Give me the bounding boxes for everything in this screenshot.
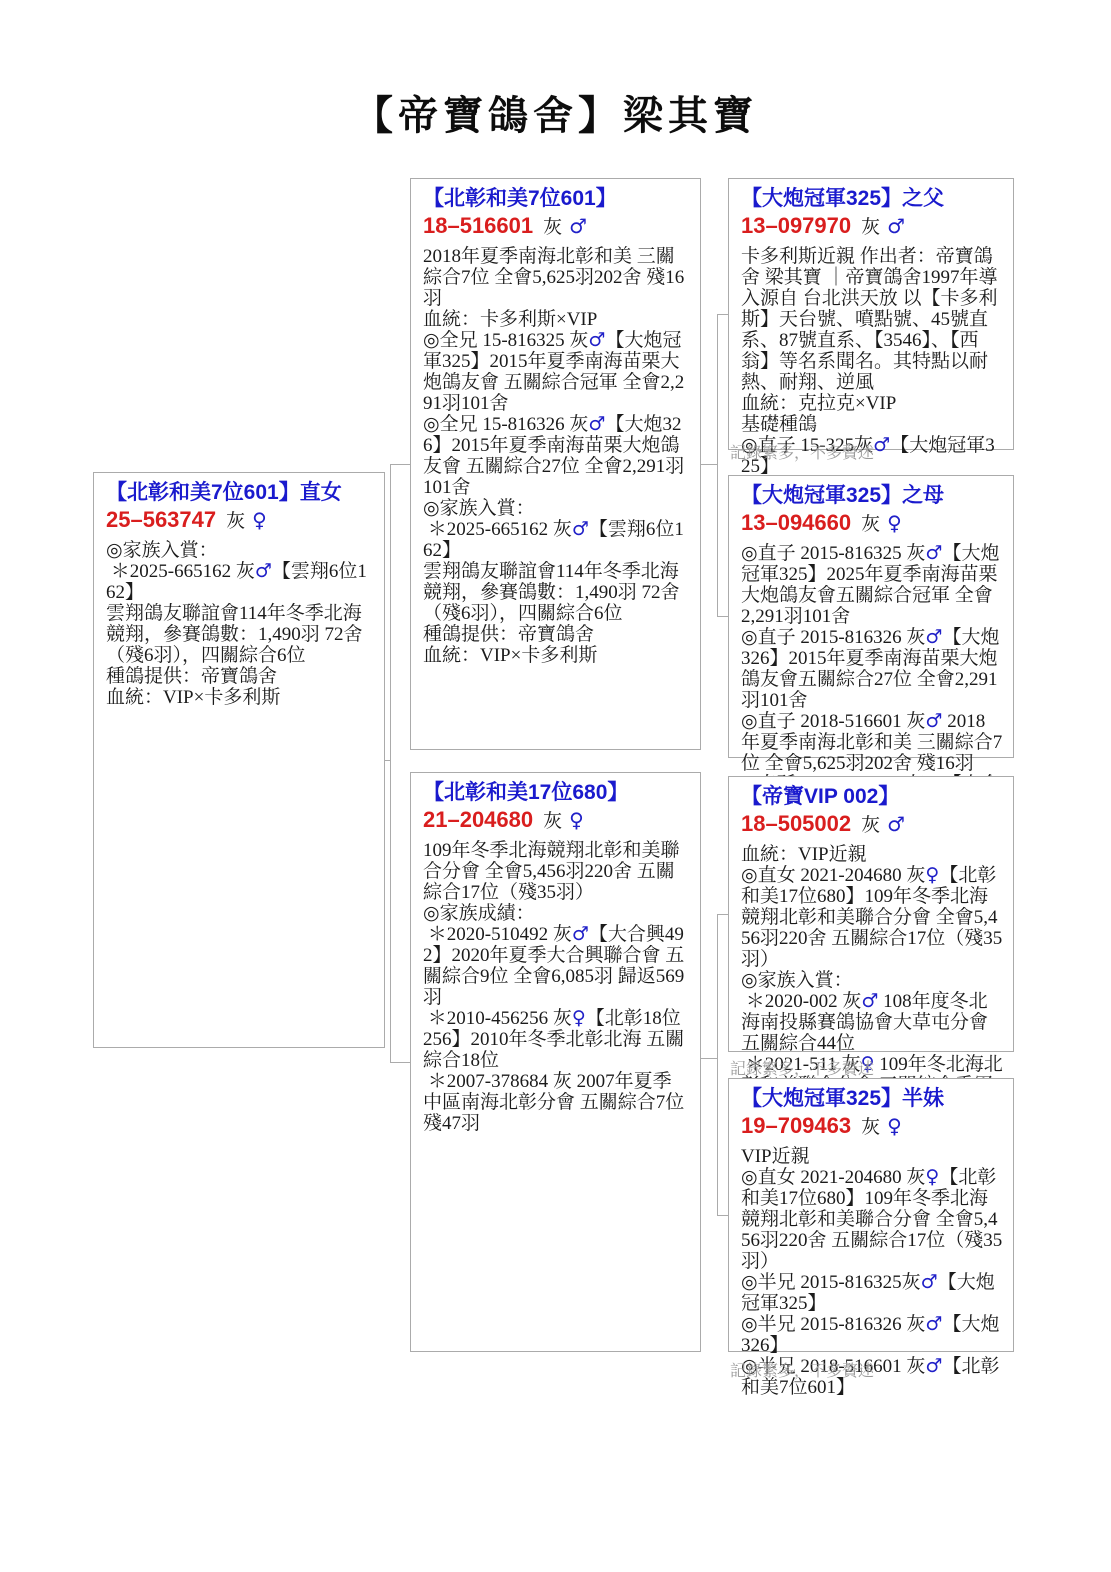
pigeon-color: 灰 [543,811,562,832]
connector-line [717,914,718,1216]
ring-number: 25–563747 [106,507,216,532]
ring-number: 13–094660 [741,510,851,535]
body-line: ◎家族入賞： [741,970,1003,991]
pigeon-color: 灰 [861,1117,880,1138]
connector-line [701,464,717,465]
pigeon-name: 【北彰和美17位680】 [423,780,690,806]
body-line: 血統：VIP×卡多利斯 [106,687,374,708]
body-line: 卡多利斯近親 作出者：帝寶鴿舍 梁其寶 ｜帝寶鴿舍1997年導入源自 台北洪天放… [741,246,1003,393]
body-line: ＊2010-456256 灰♀【北彰18位256】2010年冬季北彰北海 五關綜… [423,1008,690,1071]
sex-symbol: ♀ [887,1114,902,1138]
ring-number: 18–505002 [741,811,851,836]
body-line: ◎半兄 2015-816326 灰♂【大炮326】 [741,1314,1003,1356]
pigeon-name: 【北彰和美7位601】 [423,186,690,212]
connector-line [717,914,728,915]
connector-line [717,1215,728,1216]
ring-row: 19–709463 灰 ♀ [741,1112,1003,1143]
body-line: 血統：克拉克×VIP [741,393,1003,414]
pigeon-details: ◎家族入賞： ＊2025-665162 灰♂【雲翔6位162】雲翔鴿友聯誼會11… [106,540,374,708]
body-line: 2018年夏季南海北彰和美 三關綜合7位 全會5,625羽202舍 殘16羽 [423,246,690,309]
ring-number: 19–709463 [741,1113,851,1138]
pigeon-details: 2018年夏季南海北彰和美 三關綜合7位 全會5,625羽202舍 殘16羽血統… [423,246,690,666]
pedigree-box-dam-mother: 【大炮冠軍325】半妹 19–709463 灰 ♀ VIP近親◎直女 2021-… [728,1078,1014,1352]
body-line: 血統：卡多利斯×VIP [423,309,690,330]
body-line: ◎家族入賞： [106,540,374,561]
connector-line [717,314,718,617]
body-line: ◎全兄 15-816326 灰♂【大炮326】2015年夏季南海苗栗大炮鴿友會 … [423,414,690,498]
body-line: ◎直女 2021-204680 灰♀【北彰和美17位680】109年冬季北海競翔… [741,865,1003,970]
note-caption: 記錄繁多，不多贅述 [730,1358,874,1381]
body-line: ◎直子 2015-816325 灰♂【大炮冠軍325】2025年夏季南海苗栗大炮… [741,543,1003,627]
note-caption: 記錄繁多，不多贅述 [730,440,874,463]
body-line: ◎全兄 15-816325 灰♂【大炮冠軍325】2015年夏季南海苗栗大炮鴿友… [423,330,690,414]
ring-number: 21–204680 [423,807,533,832]
connector-line [701,1058,717,1059]
ring-number: 18–516601 [423,213,533,238]
body-line: VIP近親 [741,1146,1003,1167]
body-line: ◎直子 2015-816326 灰♂【大炮326】2015年夏季南海苗栗大炮鴿友… [741,627,1003,711]
ring-row: 25–563747 灰 ♀ [106,506,374,537]
pigeon-color: 灰 [861,815,880,836]
body-line: 血統：VIP×卡多利斯 [423,645,690,666]
sex-symbol: ♀ [887,511,902,535]
body-line: ＊2020-510492 灰♂【大合興492】2020年夏季大合興聯合會 五關綜… [423,924,690,1008]
ring-number: 13–097970 [741,213,851,238]
connector-line [717,314,728,315]
pedigree-page: 【帝寶鴿舍】梁其寶 【北彰和美7位601】直女 25–563747 灰 ♀ ◎家… [0,0,1111,1572]
sex-symbol: ♀ [252,508,267,532]
pedigree-box-dam: 【北彰和美17位680】 21–204680 灰 ♀ 109年冬季北海競翔北彰和… [410,772,701,1352]
ring-row: 13–094660 灰 ♀ [741,509,1003,540]
body-line: 種鴿提供：帝寶鴿舍 [423,624,690,645]
pigeon-name: 【大炮冠軍325】之父 [741,186,1003,212]
pigeon-name: 【大炮冠軍325】半妹 [741,1086,1003,1112]
ring-row: 21–204680 灰 ♀ [423,806,690,837]
body-line: ◎直女 2021-204680 灰♀【北彰和美17位680】109年冬季北海競翔… [741,1167,1003,1272]
pedigree-box-sire: 【北彰和美7位601】 18–516601 灰 ♂ 2018年夏季南海北彰和美 … [410,178,701,750]
body-line: ＊2025-665162 灰♂【雲翔6位162】 [423,519,690,561]
body-line: 種鴿提供：帝寶鴿舍 [106,666,374,687]
pedigree-box-sire-mother: 【大炮冠軍325】之母 13–094660 灰 ♀ ◎直子 2015-81632… [728,475,1014,758]
connector-line [717,616,728,617]
connector-line [390,1062,410,1063]
pigeon-color: 灰 [861,217,880,238]
body-line: 血統：VIP近親 [741,844,1003,865]
pigeon-name: 【帝寶VIP 002】 [741,784,1003,810]
body-line: ＊2007-378684 灰 2007年夏季中區南海北彰分會 五關綜合7位 殘4… [423,1071,690,1134]
pigeon-color: 灰 [226,511,245,532]
page-title: 【帝寶鴿舍】梁其寶 [0,84,1111,141]
pigeon-name: 【北彰和美7位601】直女 [106,480,374,506]
body-line: 雲翔鴿友聯誼會114年冬季北海競翔，參賽鴿數：1,490羽 72舍（殘6羽），四… [106,603,374,666]
pigeon-details: 109年冬季北海競翔北彰和美聯合分會 全會5,456羽220舍 五關綜合17位（… [423,840,690,1134]
pigeon-name: 【大炮冠軍325】之母 [741,483,1003,509]
ring-row: 13–097970 灰 ♂ [741,212,1003,243]
pigeon-color: 灰 [543,217,562,238]
body-line: ＊2020-002 灰♂ 108年度冬北海南投縣賽鴿協會大草屯分會 五關綜合44… [741,991,1003,1054]
body-line: ◎家族成績： [423,903,690,924]
ring-row: 18–505002 灰 ♂ [741,810,1003,841]
sex-symbol: ♀ [569,808,584,832]
body-line: 基礎種鴿 [741,414,1003,435]
body-line: 雲翔鴿友聯誼會114年冬季北海競翔，參賽鴿數：1,490羽 72舍（殘6羽），四… [423,561,690,624]
sex-symbol: ♂ [569,214,587,238]
pedigree-box-dam-father: 【帝寶VIP 002】 18–505002 灰 ♂ 血統：VIP近親◎直女 20… [728,776,1014,1052]
pedigree-box-sire-father: 【大炮冠軍325】之父 13–097970 灰 ♂ 卡多利斯近親 作出者：帝寶鴿… [728,178,1014,450]
pigeon-color: 灰 [861,514,880,535]
body-line: ◎家族入賞： [423,498,690,519]
ring-row: 18–516601 灰 ♂ [423,212,690,243]
note-caption: 記錄繁多，不多贅述 [730,1056,874,1079]
body-line: ◎直子 2018-516601 灰♂ 2018年夏季南海北彰和美 三關綜合7位 … [741,711,1003,774]
body-line: 109年冬季北海競翔北彰和美聯合分會 全會5,456羽220舍 五關綜合17位（… [423,840,690,903]
body-line: ◎半兄 2015-816325灰♂【大炮冠軍325】 [741,1272,1003,1314]
connector-line [390,464,410,465]
sex-symbol: ♂ [887,812,905,836]
pedigree-box-subject: 【北彰和美7位601】直女 25–563747 灰 ♀ ◎家族入賞： ＊2025… [93,472,385,1048]
sex-symbol: ♂ [887,214,905,238]
connector-line [390,464,391,1063]
body-line: ＊2025-665162 灰♂【雲翔6位162】 [106,561,374,603]
